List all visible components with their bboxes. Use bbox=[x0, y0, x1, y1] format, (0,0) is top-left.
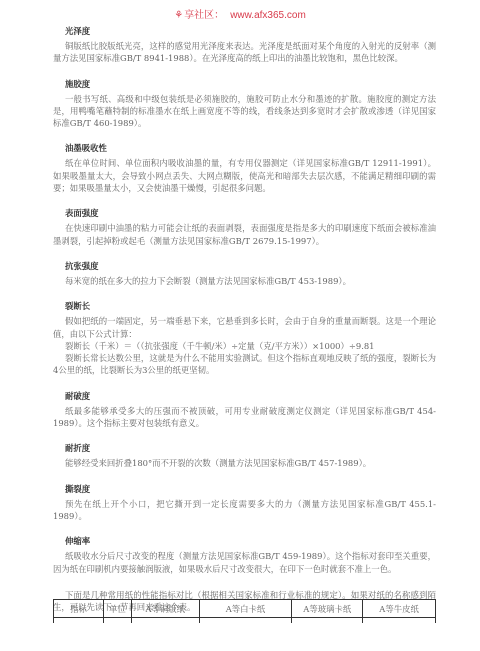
table-header-cell: A等铜版纸 bbox=[131, 600, 199, 618]
site-name: 享社区： bbox=[184, 10, 224, 21]
formula-paragraph: 裂断长（千米）＝（（抗张强度（千牛顿/米）÷定量（克/平方米））×1000）÷9… bbox=[53, 340, 436, 352]
table-cell bbox=[363, 618, 436, 624]
section-folding-endurance: 耐折度 能够经受来回折叠180°而不开裂的次数（测量方法见国家标准GB/T 45… bbox=[53, 443, 436, 469]
section-paragraph: 预先在纸上开个小口，把它撕开到一定长度需要多大的力（测量方法见国家标准GB/T … bbox=[53, 498, 436, 523]
section-paragraph: 假如把纸的一端固定，另一端垂悬下来，它悬垂到多长时，会由于自身的重量而断裂。这是… bbox=[53, 315, 436, 340]
section-title: 耐破度 bbox=[65, 391, 436, 402]
section-title: 抗张强度 bbox=[65, 261, 436, 272]
section-ink-absorbency: 油墨吸收性 纸在单位时间、单位面积内吸收油墨的量，有专用仪器测定（详见国家标准G… bbox=[53, 143, 436, 194]
section-gloss: 光泽度 铜版纸比胶版纸光亮，这样的感觉用光泽度来表达。光泽度是纸面对某个角度的入… bbox=[53, 26, 436, 65]
section-tear-strength: 撕裂度 预先在纸上开个小口，把它撕开到一定长度需要多大的力（测量方法见国家标准G… bbox=[53, 484, 436, 523]
section-paragraph: 裂断长常长达数公里，这就是为什么不能用实验测试。但这个指标直观地反映了纸的强度，… bbox=[53, 352, 436, 377]
table-header-cell: A等牛皮纸 bbox=[363, 600, 436, 618]
afx-logo-icon: ⚘ bbox=[174, 10, 183, 21]
section-paragraph: 每米宽的纸在多大的拉力下会断裂（测量方法见国家标准GB/T 453-1989）。 bbox=[53, 275, 436, 287]
section-title: 裂断长 bbox=[65, 301, 436, 312]
section-burst-strength: 耐破度 纸最多能够承受多大的压强而不被顶破，可用专业耐破度测定仪测定（详见国家标… bbox=[53, 391, 436, 430]
section-paragraph: 一般书写纸、高级和中级包装纸是必须施胶的，施胶可防止水分和墨迹的扩散。施胶度的测… bbox=[53, 93, 436, 130]
table-cell bbox=[292, 618, 363, 624]
section-title: 伸缩率 bbox=[65, 536, 436, 547]
section-title: 表面强度 bbox=[65, 208, 436, 219]
table-header-cell: 单位 bbox=[103, 600, 131, 618]
section-surface-strength: 表面强度 在快速印刷中油墨的粘力可能会让纸的表面剥裂，表面强度是指是多大的印刷速… bbox=[53, 208, 436, 247]
section-paragraph: 在快速印刷中油墨的粘力可能会让纸的表面剥裂，表面强度是指是多大的印刷速度下纸面会… bbox=[53, 222, 436, 247]
document-body: 光泽度 铜版纸比胶版纸光亮，这样的感觉用光泽度来表达。光泽度是纸面对某个角度的入… bbox=[53, 26, 436, 613]
table-header-cell: A等玻璃卡纸 bbox=[292, 600, 363, 618]
section-paragraph: 纸最多能够承受多大的压强而不被顶破，可用专业耐破度测定仪测定（详见国家标准GB/… bbox=[53, 405, 436, 430]
table-header-cell: 指标 bbox=[54, 600, 104, 618]
section-title: 耐折度 bbox=[65, 443, 436, 454]
table-cell bbox=[54, 618, 104, 624]
section-sizing: 施胶度 一般书写纸、高级和中级包装纸是必须施胶的，施胶可防止水分和墨迹的扩散。施… bbox=[53, 79, 436, 130]
section-title: 施胶度 bbox=[65, 79, 436, 90]
paper-comparison-table: 指标 单位 A等铜版纸 A等白卡纸 A等玻璃卡纸 A等牛皮纸 bbox=[53, 599, 436, 623]
table-row bbox=[54, 618, 436, 624]
table-cell bbox=[199, 618, 292, 624]
site-header: ⚘享社区：www.afx365.com bbox=[0, 6, 480, 21]
section-breaking-length: 裂断长 假如把纸的一端固定，另一端垂悬下来，它悬垂到多长时，会由于自身的重量而断… bbox=[53, 301, 436, 376]
table-cell bbox=[131, 618, 199, 624]
site-url-link[interactable]: www.afx365.com bbox=[230, 10, 306, 21]
section-paragraph: 能够经受来回折叠180°而不开裂的次数（测量方法见国家标准GB/T 457-19… bbox=[53, 457, 436, 469]
section-paragraph: 铜版纸比胶版纸光亮，这样的感觉用光泽度来表达。光泽度是纸面对某个角度的入射光的反… bbox=[53, 40, 436, 65]
table-header-row: 指标 单位 A等铜版纸 A等白卡纸 A等玻璃卡纸 A等牛皮纸 bbox=[54, 600, 436, 618]
section-paragraph: 纸在单位时间、单位面积内吸收油墨的量，有专用仪器测定（详见国家标准GB/T 12… bbox=[53, 157, 436, 194]
section-tensile-strength: 抗张强度 每米宽的纸在多大的拉力下会断裂（测量方法见国家标准GB/T 453-1… bbox=[53, 261, 436, 287]
section-title: 油墨吸收性 bbox=[65, 143, 436, 154]
section-paragraph: 纸吸收水分后尺寸改变的程度（测量方法见国家标准GB/T 459-1989）。这个… bbox=[53, 550, 436, 575]
section-title: 光泽度 bbox=[65, 26, 436, 37]
section-title: 撕裂度 bbox=[65, 484, 436, 495]
table-header-cell: A等白卡纸 bbox=[199, 600, 292, 618]
section-dimensional-stability: 伸缩率 纸吸收水分后尺寸改变的程度（测量方法见国家标准GB/T 459-1989… bbox=[53, 536, 436, 575]
table-cell bbox=[103, 618, 131, 624]
